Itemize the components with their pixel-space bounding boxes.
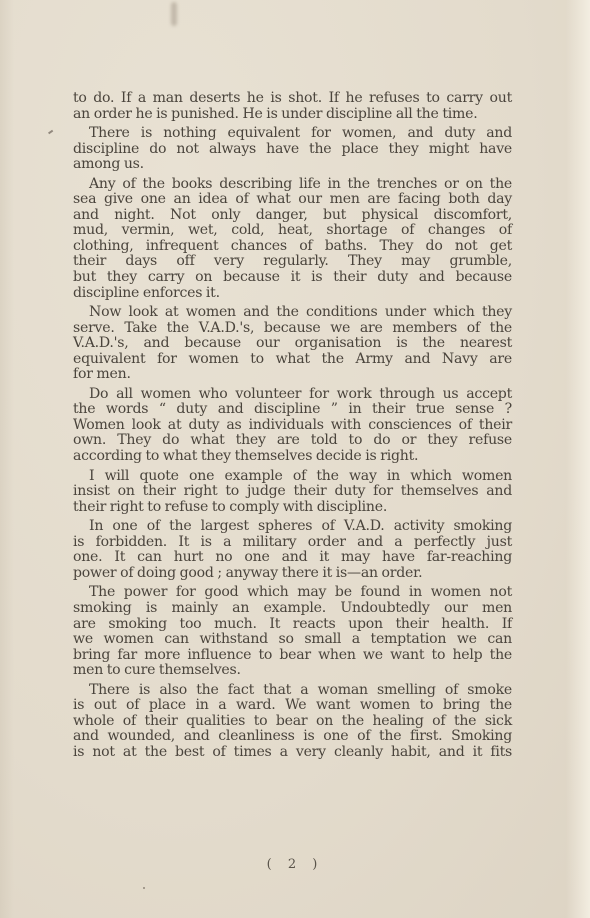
text-line: sea give one an idea of what our men are… [73,192,512,208]
text-line: and wounded, and cleanliness is one of t… [73,729,512,745]
text-line: In one of the largest spheres of V.A.D. … [73,519,512,535]
text-line: among us. [73,157,512,173]
ink-smudge [171,2,177,26]
text-line: smoking is mainly an example. Undoubtedl… [73,601,512,617]
text-line: I will quote one example of the way in w… [73,469,512,485]
text-line: There is nothing equivalent for women, a… [73,126,512,142]
text-line: are smoking too much. It reacts upon the… [73,617,512,633]
paragraph: There is also the fact that a woman smel… [73,683,512,761]
text-line: clothing, infrequent chances of baths. T… [73,239,512,255]
text-line: men to cure themselves. [73,663,512,679]
text-line: Now look at women and the conditions und… [73,305,512,321]
page-number: ( 2 ) [0,857,590,872]
text-line: insist on their right to judge their dut… [73,484,512,500]
text-line: is not at the best of times a very clean… [73,745,512,761]
text-line: power of doing good ; anyway there it is… [73,566,512,582]
text-line: is forbidden. It is a military order and… [73,535,512,551]
text-line: discipline enforces it. [73,286,512,302]
text-line: one. It can hurt no one and it may have … [73,550,512,566]
text-line: serve. Take the V.A.D.'s, because we are… [73,321,512,337]
text-line: Women look at duty as individuals with c… [73,418,512,434]
text-line: V.A.D.'s, and because our organisation i… [73,336,512,352]
text-line: for men. [73,367,512,383]
body-text: to do. If a man deserts he is shot. If h… [73,91,512,764]
text-line: is out of place in a ward. We want women… [73,698,512,714]
text-line: There is also the fact that a woman smel… [73,683,512,699]
text-line: but they carry on because it is their du… [73,270,512,286]
text-line: we women can withstand so small a tempta… [73,632,512,648]
text-line: to do. If a man deserts he is shot. If h… [73,91,512,107]
paragraph: Now look at women and the conditions und… [73,305,512,383]
speck-mark [143,887,145,889]
text-line: equivalent for women to what the Army an… [73,352,512,368]
text-line: discipline do not always have the place … [73,142,512,158]
text-line: Do all women who volunteer for work thro… [73,387,512,403]
paragraph: There is nothing equivalent for women, a… [73,126,512,173]
text-line: according to what they themselves decide… [73,449,512,465]
text-line: mud, vermin, wet, cold, heat, shortage o… [73,223,512,239]
paragraph: Do all women who volunteer for work thro… [73,387,512,465]
text-line: The power for good which may be found in… [73,585,512,601]
text-line: bring far more influence to bear when we… [73,648,512,664]
paragraph: to do. If a man deserts he is shot. If h… [73,91,512,122]
text-line: own. They do what they are told to do or… [73,433,512,449]
paragraph: The power for good which may be found in… [73,585,512,678]
paragraph: In one of the largest spheres of V.A.D. … [73,519,512,581]
text-line: and night. Not only danger, but physical… [73,208,512,224]
text-line: the words “ duty and discipline ” in the… [73,402,512,418]
paragraph: I will quote one example of the way in w… [73,469,512,516]
text-line: their days off very regularly. They may … [73,254,512,270]
text-line: Any of the books describing life in the … [73,177,512,193]
text-line: whole of their qualities to bear on the … [73,714,512,730]
text-line: their right to refuse to comply with dis… [73,500,512,516]
paragraph: Any of the books describing life in the … [73,177,512,301]
text-line: an order he is punished. He is under dis… [73,107,512,123]
